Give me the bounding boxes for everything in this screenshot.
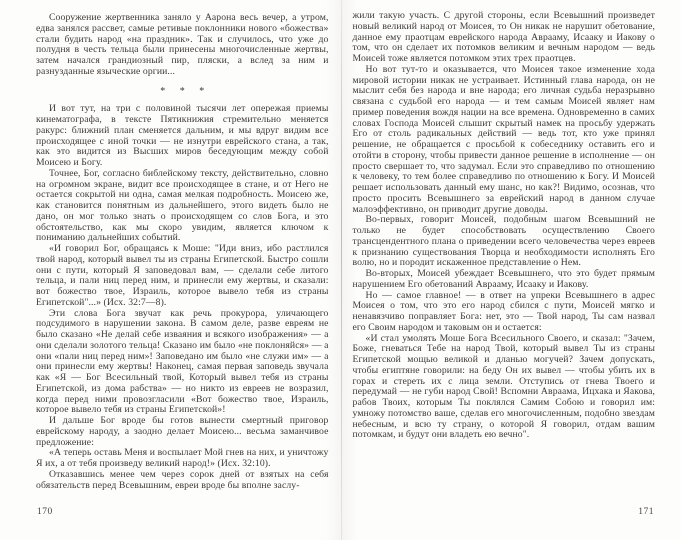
paragraph: Во-первых, говорит Моисей, подобным шаго… [353,215,656,269]
page-left-text: Сооружение жертвенника заняло у Аарона в… [36,13,329,491]
paragraph: Отказавшись менее чем через сорок дней о… [36,470,329,492]
paragraph: Но вот тут-то и оказывается, что Моисея … [353,65,656,216]
paragraph: Эти слова Бога звучат как речь прокурора… [36,309,329,417]
gutter-line [341,0,342,540]
paragraph: Точнее, Бог, согласно библейскому тексту… [36,169,329,244]
page-right-text: жили такую участь. С другой стороны, есл… [353,11,656,441]
paragraph: жили такую участь. С другой стороны, есл… [353,11,656,65]
book-page-right: жили такую участь. С другой стороны, есл… [341,0,681,540]
section-break: * * * [36,87,329,98]
paragraph: «А теперь оставь Меня и воспылает Мой гн… [36,448,329,470]
book-spread: Сооружение жертвенника заняло у Аарона в… [0,0,681,540]
page-number-left: 170 [37,507,53,517]
paragraph: Сооружение жертвенника заняло у Аарона в… [36,13,329,78]
paragraph: «И говорил Бог, обращаясь к Моше: "Иди в… [36,244,329,309]
paragraph: И дальше Бог вроде бы готов вынести смер… [36,416,329,448]
paragraph: «И стал умолять Моше Бога Всесильного Св… [353,334,656,442]
book-page-left: Сооружение жертвенника заняло у Аарона в… [0,0,341,540]
paragraph: Но — самое главное! — в ответ на упреки … [353,291,656,334]
paragraph: Во-вторых, Моисей убеждает Всевышнего, ч… [353,269,656,291]
paragraph: И вот тут, на три с половиной тысячи лет… [36,104,329,169]
page-number-right: 171 [638,507,654,517]
